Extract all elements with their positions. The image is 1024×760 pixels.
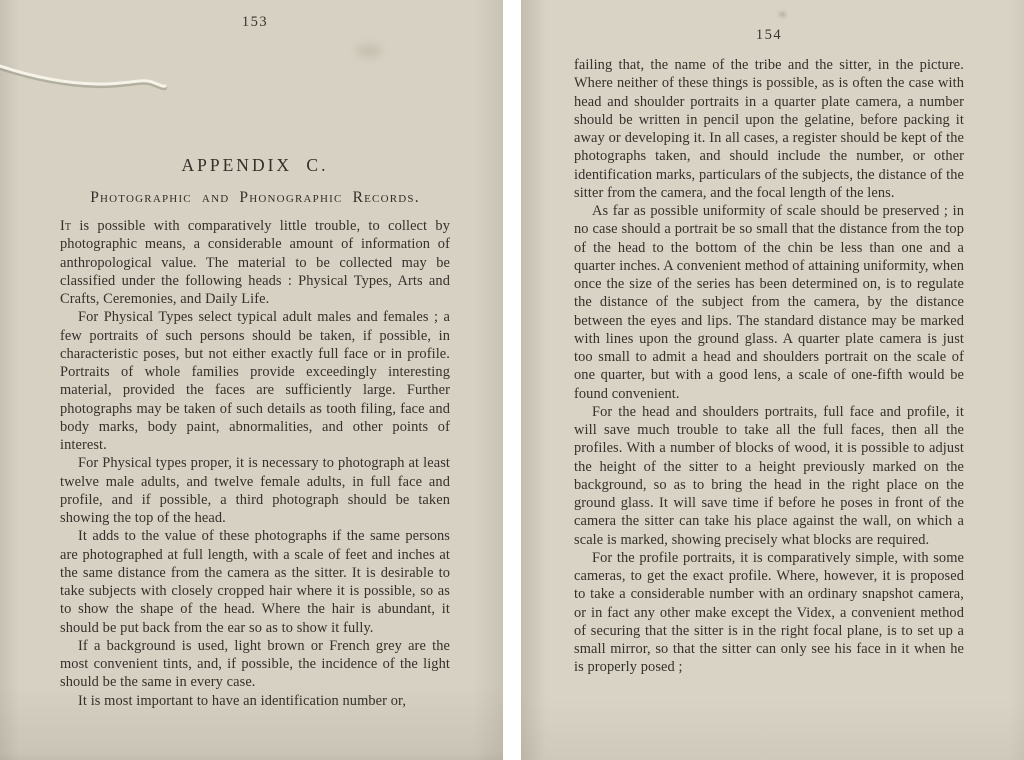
lead-word: It [60,218,71,234]
paragraph: For the head and shoulders portraits, fu… [574,403,964,549]
paragraph: It is most important to have an identifi… [60,692,450,710]
paper-fiber-artifact [0,56,180,100]
right-page-body: failing that, the name of the tribe and … [574,56,964,677]
paragraph: If a background is used, light brown or … [60,637,450,692]
page-gutter [503,0,521,760]
section-subheading: Photographic and Phonographic Records. [60,189,450,207]
paragraph: It is possible with comparatively little… [60,217,450,308]
paper-stain [356,44,382,58]
right-page-number: 154 [574,27,964,44]
left-page: 153 APPENDIX C. Photographic and Phonogr… [0,0,503,760]
paragraph: As far as possible uniformity of scale s… [574,202,964,403]
left-page-number: 153 [60,14,450,31]
right-page: 154 failing that, the name of the tribe … [521,0,1024,760]
paragraph: It adds to the value of these photograph… [60,527,450,637]
paragraph: For Physical types proper, it is necessa… [60,454,450,527]
paragraph-text: is possible with comparatively little tr… [60,218,450,307]
paragraph: failing that, the name of the tribe and … [574,56,964,202]
left-page-body: It is possible with comparatively little… [60,217,450,710]
paper-speck [779,12,786,17]
paragraph: For the profile portraits, it is compara… [574,549,964,677]
book-spread: 153 APPENDIX C. Photographic and Phonogr… [0,0,1024,760]
paragraph: For Physical Types select typical adult … [60,308,450,454]
appendix-heading: APPENDIX C. [60,155,450,176]
